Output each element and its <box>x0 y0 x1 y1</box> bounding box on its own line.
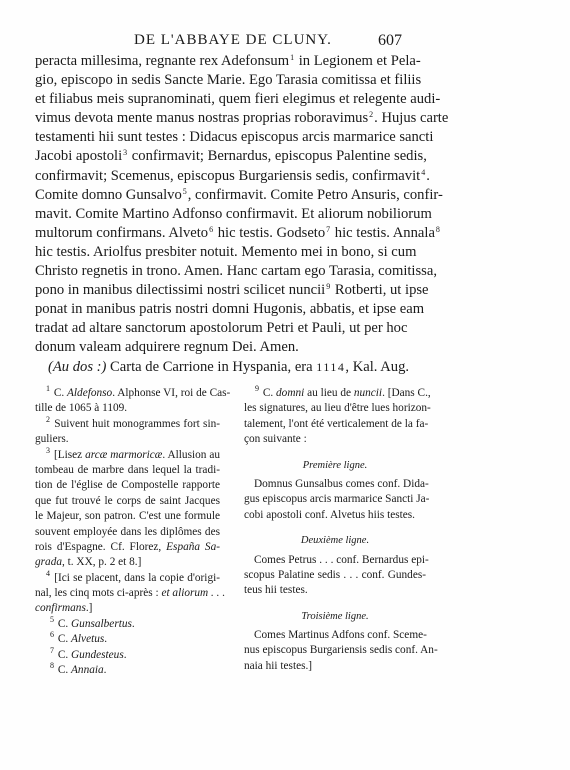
signature-section-first-line: Première ligne. Domnus Gunsalbus comes c… <box>244 458 426 524</box>
book-page: DE L'ABBAYE DE CLUNY. 607 peracta milles… <box>0 0 570 770</box>
text-line: Comite domno Gunsalvo5, confirmavit. Com… <box>35 186 398 205</box>
text-line: confirmavit; Scemenus, episcopus Burgari… <box>35 167 398 186</box>
running-head: DE L'ABBAYE DE CLUNY. 607 <box>35 32 395 52</box>
footnote-3: 3 [Lisez arcæ marmoricæ. Allusion au tom… <box>35 448 220 571</box>
text-line: Christo regnetis in trono. Amen. Hanc ca… <box>35 262 398 281</box>
signature-section-third-line: Troisième ligne. Comes Martinus Adfons c… <box>244 609 426 675</box>
text-line: mavit. Comite Martino Adfonso confirmavi… <box>35 205 398 224</box>
footnotes-right-column: 9 C. domni au lieu de nuncii. [Dans C., … <box>244 386 426 674</box>
footnote-4: 4 [Ici se placent, dans la copie d'origi… <box>35 571 220 617</box>
footnote-7: 7 C. Gundesteus. <box>35 648 220 663</box>
text-line: testamenti hii sunt testes : Didacus epi… <box>35 128 398 147</box>
footnote-ref[interactable]: 8 <box>435 225 441 234</box>
footnote-2: 2 Suivent huit monogrammes fort sin- gul… <box>35 417 220 448</box>
text-line: peracta millesima, regnante rex Adefonsu… <box>35 52 398 71</box>
text-line: tradat ad altare sanctorum apostolorum P… <box>35 319 398 338</box>
footnote-1: 1 C. Aldefonso. Alphonse VI, roi de Cas-… <box>35 386 220 417</box>
footnote-8: 8 C. Annaia. <box>35 663 220 678</box>
footnotes-left-column: 1 C. Aldefonso. Alphonse VI, roi de Cas-… <box>35 386 220 678</box>
endorsement-line: (Au dos :) Carta de Carrione in Hyspania… <box>35 358 398 377</box>
section-heading: Première ligne. <box>244 458 426 473</box>
footnote-6: 6 C. Alvetus. <box>35 632 220 647</box>
text-line: ponat in manibus patris nostri domni Hug… <box>35 300 398 319</box>
text-line: hic testis. Ariolfus presbiter notuit. M… <box>35 243 398 262</box>
text-line: pono in manibus dilectissimi nostri scil… <box>35 281 398 300</box>
endorsement-label: (Au dos :) <box>48 359 106 375</box>
section-heading: Troisième ligne. <box>244 609 426 624</box>
text-line: et filiabus meis supranominati, quem fie… <box>35 90 398 109</box>
text-line: multorum confirmans. Alveto6 hic testis.… <box>35 224 398 243</box>
page-number: 607 <box>378 32 402 50</box>
text-line: donum valeam adquirere regnum Dei. Amen. <box>35 338 398 357</box>
running-title: DE L'ABBAYE DE CLUNY. <box>134 32 332 49</box>
text-line: Jacobi apostoli3 confirmavit; Bernardus,… <box>35 147 398 166</box>
section-heading: Deuxième ligne. <box>244 533 426 548</box>
text-line: vimus devota mente manus nostras propria… <box>35 109 398 128</box>
footnote-5: 5 C. Gunsalbertus. <box>35 617 220 632</box>
charter-text: peracta millesima, regnante rex Adefonsu… <box>35 52 398 377</box>
text-line: gio, episcopo in sedis Sancte Marie. Ego… <box>35 71 398 90</box>
signature-section-second-line: Deuxième ligne. Comes Petrus . . . conf.… <box>244 533 426 599</box>
era-year: 1114 <box>316 360 345 374</box>
footnote-9: 9 C. domni au lieu de nuncii. [Dans C., … <box>244 386 426 448</box>
